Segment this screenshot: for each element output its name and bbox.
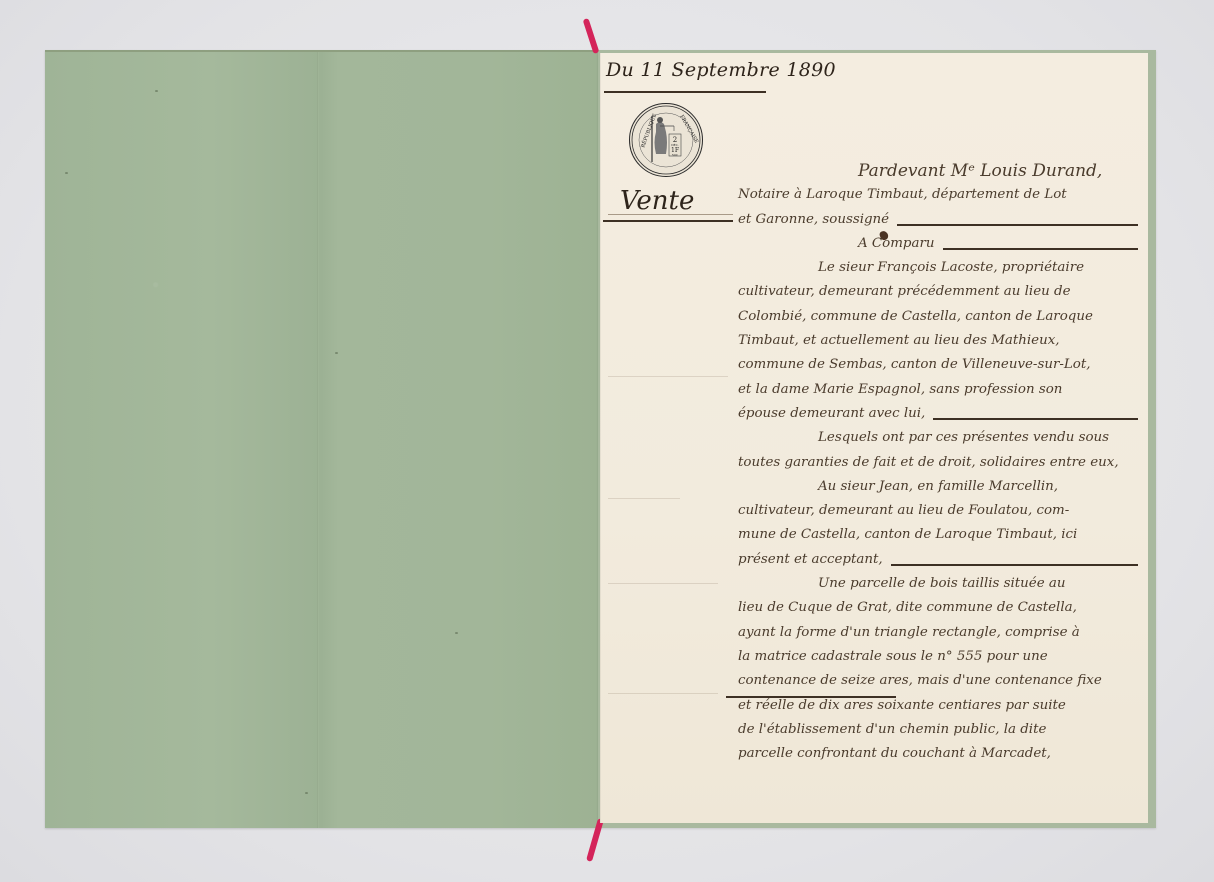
body-line: Notaire à Laroque Timbaut, département d… xyxy=(738,183,1138,207)
left-cover-panel xyxy=(45,50,598,828)
cover-fold-line xyxy=(317,52,319,828)
body-line: Colombié, commune de Castella, canton de… xyxy=(738,305,1138,329)
body-line: lieu de Cuque de Grat, dite commune de C… xyxy=(738,596,1138,620)
paper-speck xyxy=(65,172,68,174)
body-line: Pardevant Mᵉ Louis Durand, xyxy=(738,159,1138,183)
paper-speck xyxy=(455,632,458,634)
marianne-seal-icon: 2 DÉC. 1F 50C RÉPUBLIQUE FRANÇAISE xyxy=(630,104,702,176)
body-line: Le sieur François Lacoste, propriétaire xyxy=(738,256,1138,280)
paper-speck xyxy=(305,792,308,794)
bleed-through-line xyxy=(608,693,718,694)
body-line: Timbaut, et actuellement au lieu des Mat… xyxy=(738,329,1138,353)
margin-rule xyxy=(603,220,733,222)
body-line: Au sieur Jean, en famille Marcellin, xyxy=(738,475,1138,499)
deed-body: Pardevant Mᵉ Louis Durand, Notaire à Lar… xyxy=(738,159,1138,766)
body-line: cultivateur, demeurant précédemment au l… xyxy=(738,280,1138,304)
paper-speck xyxy=(335,352,338,354)
bleed-through-line xyxy=(608,583,718,584)
body-line: parcelle confrontant du couchant à Marca… xyxy=(738,742,1138,766)
svg-text:FRANÇAISE: FRANÇAISE xyxy=(678,114,699,145)
body-line: cultivateur, demeurant au lieu de Foulat… xyxy=(738,499,1138,523)
body-line: la matrice cadastrale sous le n° 555 pou… xyxy=(738,645,1138,669)
body-line: mune de Castella, canton de Laroque Timb… xyxy=(738,523,1138,547)
document-page: Du 11 Septembre 1890 2 DÉC. 1F 50C RÉPUB… xyxy=(600,53,1148,823)
date-underline xyxy=(604,91,766,93)
body-line: ayant la forme d'un triangle rectangle, … xyxy=(738,621,1138,645)
body-line: de l'établissement d'un chemin public, l… xyxy=(738,718,1138,742)
body-line: A Comparu xyxy=(738,232,1138,256)
body-line: toutes garanties de fait et de droit, so… xyxy=(738,451,1138,475)
margin-rule-thin xyxy=(608,214,733,215)
tax-stamp-icon: 2 DÉC. 1F 50C RÉPUBLIQUE FRANÇAISE xyxy=(629,103,703,177)
document-date: Du 11 Septembre 1890 xyxy=(606,59,836,81)
closing-rule xyxy=(726,696,896,698)
bleed-through-line xyxy=(608,376,728,377)
body-line: contenance de seize ares, mais d'une con… xyxy=(738,669,1138,693)
bleed-through-line xyxy=(608,498,680,499)
paper-speck xyxy=(155,90,158,92)
body-line: présent et acceptant, xyxy=(738,548,1138,572)
svg-text:50C: 50C xyxy=(672,153,678,157)
body-line: Une parcelle de bois taillis située au xyxy=(738,572,1138,596)
body-line: et la dame Marie Espagnol, sans professi… xyxy=(738,378,1138,402)
line-filler-rule xyxy=(943,248,1138,250)
line-filler-rule xyxy=(933,418,1138,420)
body-line: commune de Sembas, canton de Villeneuve-… xyxy=(738,353,1138,377)
body-line: et Garonne, soussigné xyxy=(738,208,1138,232)
deed-type-title: Vente xyxy=(620,186,694,216)
line-filler-rule xyxy=(891,564,1138,566)
body-line: Lesquels ont par ces présentes vendu sou… xyxy=(738,426,1138,450)
line-filler-rule xyxy=(897,224,1138,226)
body-line: épouse demeurant avec lui, xyxy=(738,402,1138,426)
